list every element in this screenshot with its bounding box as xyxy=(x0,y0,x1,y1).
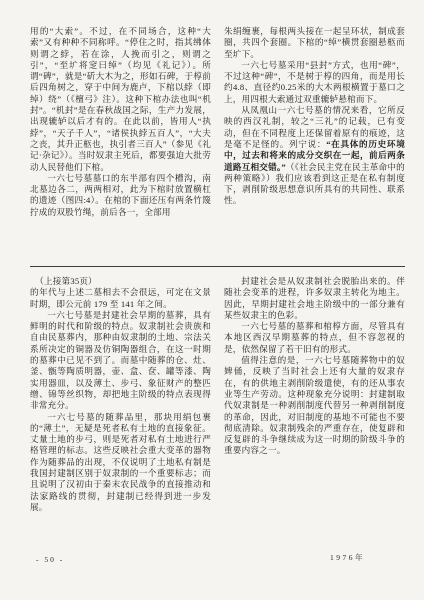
paragraph: 一六七号墓的墓葬和棺椁方面，尽管具有本地区西汉早期墓葬的特点，但不容忽视的是，依… xyxy=(224,321,405,355)
page-number: - 50 - xyxy=(36,555,64,564)
year-label: 1976年 xyxy=(330,552,365,563)
bottom-right-column: 封建社会是从奴隶制社会脱胎出来的。伴随社会变革的进程，许多奴隶主转化为地主。因此… xyxy=(224,276,405,513)
paragraph-with-quote: 从凤凰山一六七号墓的情况来看，它所反映的西汉礼制，较之“三礼”的记载，已有变动，… xyxy=(224,105,405,207)
journal-page: 用的“大索”。不过，在不同场合，这种“大索”又有种种不同称呼。“停住之时，指其绋… xyxy=(0,0,424,600)
continued-section: （上接第35页） 的年代与上述二墓相去不会很远，可定在文景时期，即公元前 179… xyxy=(30,276,405,513)
paragraph: 封建社会是从奴隶制社会脱胎出来的。伴随社会变革的进程，许多奴隶主转化为地主。因此… xyxy=(224,276,405,321)
page-content: 用的“大索”。不过，在不同场合，这种“大索”又有种种不同称呼。“停住之时，指其绋… xyxy=(0,0,424,513)
top-left-column: 用的“大索”。不过，在不同场合，这种“大索”又有种种不同称呼。“停住之时，指其绋… xyxy=(30,26,211,253)
section-divider xyxy=(30,266,405,267)
paragraph: 一六七号墓的随葬品里，那块用绢包裹的“薄土”，无疑是死者私有土地的直接象征。丈量… xyxy=(30,412,211,514)
paragraph: 一六七号墓是封建社会早期的墓葬，具有鲜明的时代和阶级的特点。奴隶制社会贵族和自由… xyxy=(30,310,211,412)
paragraph: 用的“大索”。不过，在不同场合，这种“大索”又有种种不同称呼。“停住之时，指其绋… xyxy=(30,26,211,173)
paragraph: 一六七号墓采用“县封”方式，也用“碑”，不过这种“碑”，不是树于椁的四角，而是用… xyxy=(224,60,405,105)
top-right-column: 朱绢缠裹，每根两头接在一起呈环状，制成套圈，共四个套圈。下棺的“绰”横贯套圈悬柩… xyxy=(224,26,405,253)
bottom-left-column: （上接第35页） 的年代与上述二墓相去不会很远，可定在文景时期，即公元前 179… xyxy=(30,276,211,513)
top-section: 用的“大索”。不过，在不同场合，这种“大索”又有种种不同称呼。“停住之时，指其绋… xyxy=(30,26,405,253)
paragraph: 一六七号墓墓口的东半部有四个槽沟，南北墓边各二，两两相对，此为下棺时放置横杠的遗… xyxy=(30,173,211,218)
paragraph: 值得注意的是，一六七号墓随葬物中的奴婢俑，反映了当时社会上还有大量的奴隶存在，有… xyxy=(224,355,405,457)
paragraph: 的年代与上述二墓相去不会很远，可定在文景时期，即公元前 179 至 141 年之… xyxy=(30,287,211,310)
continued-from-label: （上接第35页） xyxy=(30,276,211,287)
paragraph: 朱绢缠裹，每根两头接在一起呈环状，制成套圈，共四个套圈。下棺的“绰”横贯套圈悬柩… xyxy=(224,26,405,60)
